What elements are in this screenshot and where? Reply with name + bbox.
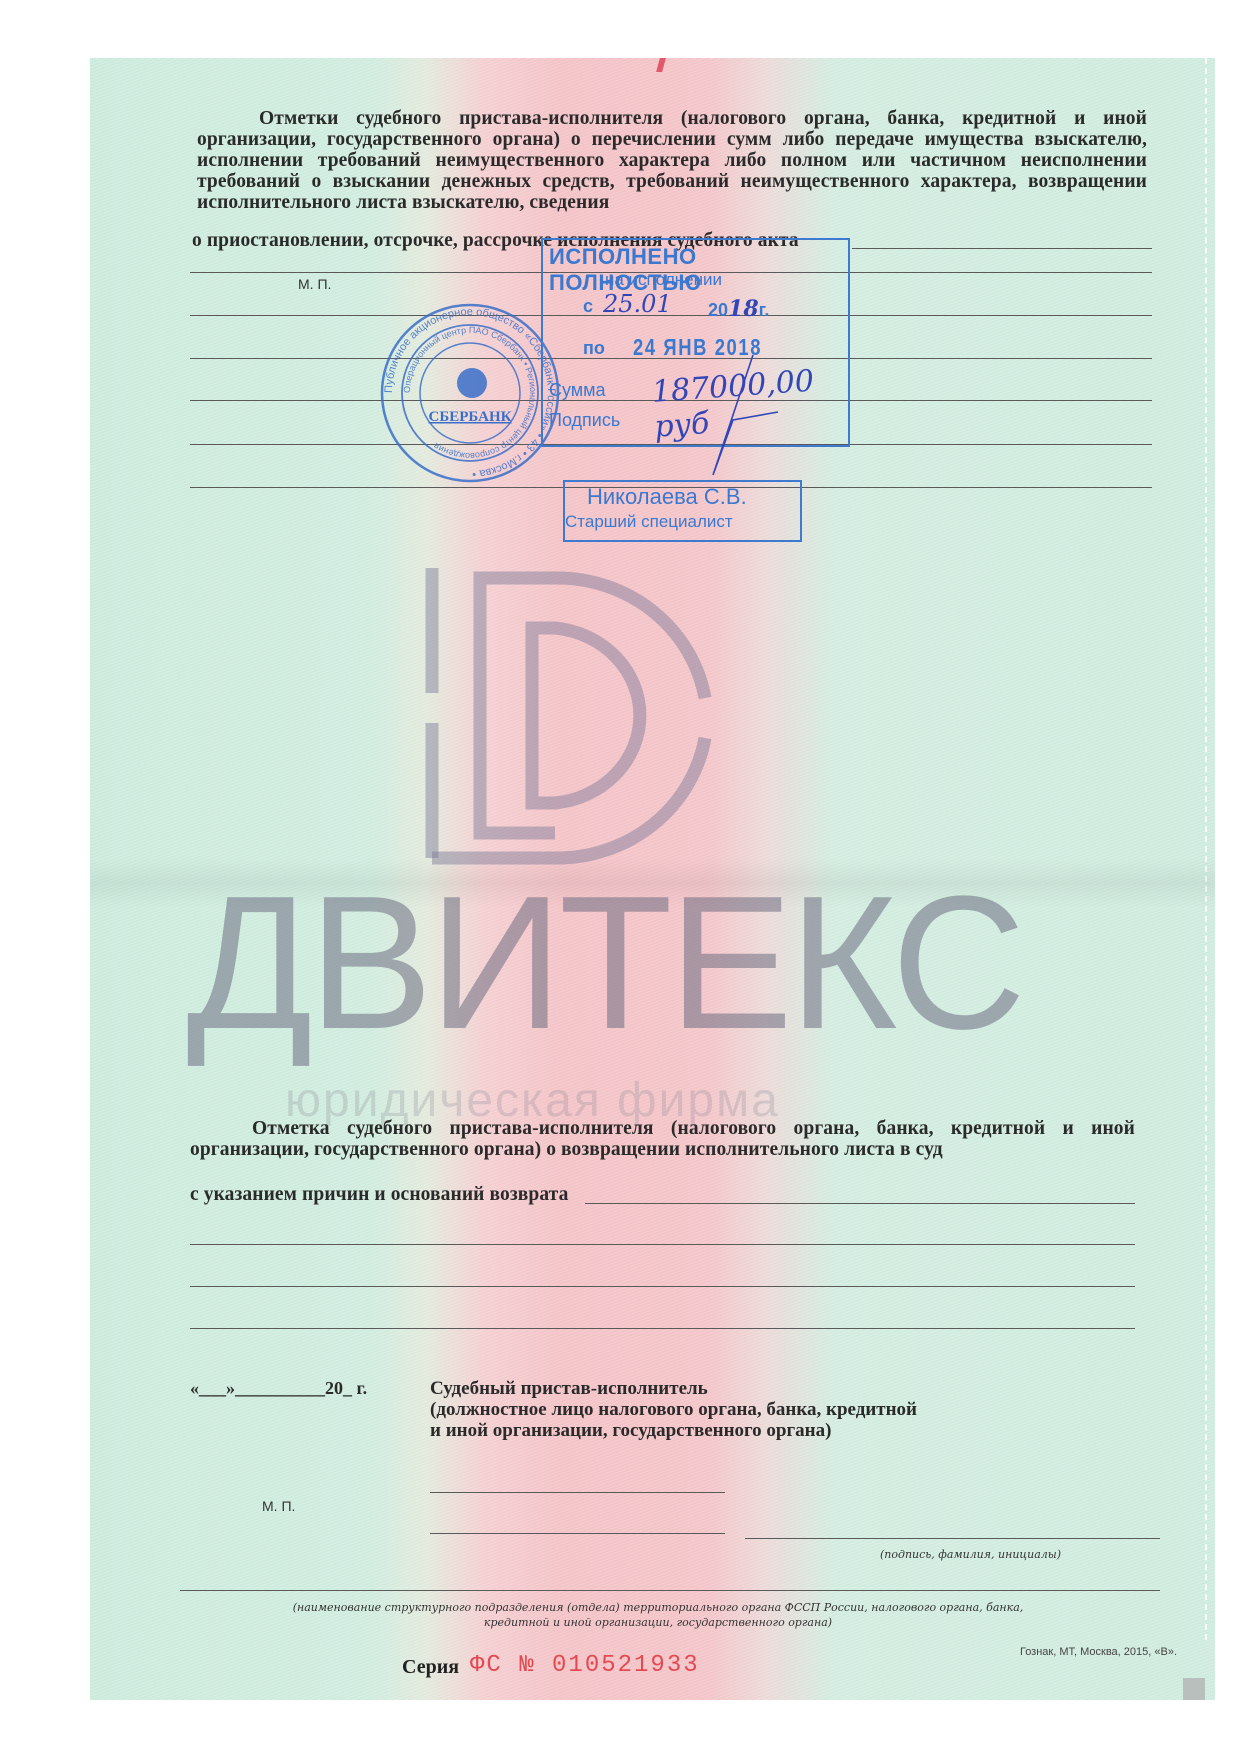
stamp-year: 18 [728,296,759,322]
registration-mark [1183,1678,1205,1700]
specialist-stamp: Николаева С.В. Старший специалист [563,480,802,542]
rule [190,1286,1135,1287]
stamp-signature-label: Подпись [549,410,620,431]
rule [180,1590,1160,1591]
rule [430,1533,725,1534]
mp-label-2: М. П. [262,1498,295,1514]
series-number: ФС № 010521933 [470,1652,700,1679]
bailiff-subtitle-1: (должностное лицо налогового органа, бан… [430,1399,917,1420]
stamp-sum-label: Сумма [549,380,606,401]
sberbank-seal-icon: Публичное акционерное общество «Сбербанк… [380,303,560,483]
section2-last-line: с указанием причин и оснований возврата [190,1184,568,1205]
stamp-subtitle: на исполнении [605,270,722,290]
rule [852,248,1152,249]
section1-text: Отметки судебного пристава-исполнителя (… [197,108,1147,213]
rule [745,1538,1160,1539]
date-placeholder: «___»__________20_ г. [190,1378,367,1399]
watermark-brand: ДВИТЕКС [187,868,1022,1058]
top-mark [656,58,666,72]
bailiff-title: Судебный пристав-исполнитель [430,1378,917,1399]
handwritten-signature-icon [673,350,783,490]
unit-caption: (наименование структурного подразделения… [238,1600,1078,1630]
stamp-from-date: 25.01 [603,290,672,318]
mp-label: М. П. [298,276,331,292]
specialist-role: Старший специалист [565,512,733,532]
rule [585,1203,1135,1204]
fulfilled-stamp: ИСПОЛНЕНО ПОЛНОСТЬЮ на исполнении с 25.0… [541,238,850,447]
stamp-year-prefix: 20 [708,300,728,320]
unit-caption-line-2: кредитной и иной организации, государств… [238,1615,1078,1630]
rule [430,1492,725,1493]
signature-caption: (подпись, фамилия, инициалы) [880,1548,1061,1561]
perforation-line [1205,58,1207,1640]
section2-text: Отметка судебного пристава-исполнителя (… [190,1118,1135,1160]
stamp-year-suffix: г. [759,300,770,320]
svg-text:СБЕРБАНК: СБЕРБАНК [428,409,511,425]
series-label: Серия [402,1656,459,1679]
rule [190,1328,1135,1329]
writ-of-execution-page: ДВИТЕКС юридическая фирма Отметки судебн… [90,58,1215,1700]
printer-imprint: Гознак, МТ, Москва, 2015, «В». [1020,1646,1177,1658]
specialist-name: Николаева С.В. [587,484,747,510]
bailiff-signature-block: Судебный пристав-исполнитель (должностно… [430,1378,917,1441]
rule [190,1244,1135,1245]
stamp-to-label: по [583,338,605,359]
stamp-from-label: с [583,296,593,317]
dvitex-logo-icon [425,568,725,868]
unit-caption-line-1: (наименование структурного подразделения… [238,1600,1078,1615]
bailiff-subtitle-2: и иной организации, государственного орг… [430,1420,917,1441]
